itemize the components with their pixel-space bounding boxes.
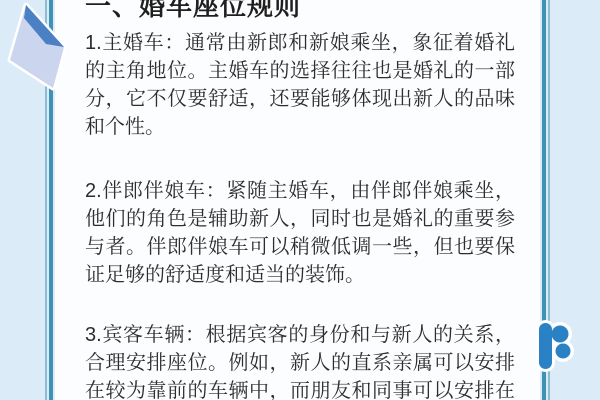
wedding-car-rules-poster: 一、婚车座位规则 1.主婚车：通常由新郎和新娘乘坐，象征着婚礼 的主角地位。主婚… — [0, 0, 600, 400]
paragraph-guest-vehicles: 3.宾客车辆：根据宾客的身份和与新人的关系， 合理安排座位。例如，新人的直系亲属… — [85, 321, 515, 400]
paragraph-main-wedding-car: 1.主婚车：通常由新郎和新娘乘坐，象征着婚礼 的主角地位。主婚车的选择往往也是婚… — [85, 29, 515, 141]
text-line: 合理安排座位。例如，新人的直系亲属可以安排 — [85, 349, 515, 377]
puzzle-icon — [534, 314, 578, 376]
text-line: 1.主婚车：通常由新郎和新娘乘坐，象征着婚礼 — [85, 29, 515, 57]
text-line: 2.伴郎伴娘车：紧随主婚车，由伴郎伴娘乘坐， — [85, 177, 515, 205]
text-line: 在较为靠前的车辆中，而朋友和同事可以安排在 — [85, 377, 515, 400]
text-line: 他们的角色是辅助新人，同时也是婚礼的重要参 — [85, 205, 515, 233]
text-line: 3.宾客车辆：根据宾客的身份和与新人的关系， — [85, 321, 515, 349]
paragraph-best-man-bridesmaid-car: 2.伴郎伴娘车：紧随主婚车，由伴郎伴娘乘坐， 他们的角色是辅助新人，同时也是婚礼… — [85, 177, 515, 289]
text-line: 证足够的舒适度和适当的装饰。 — [85, 261, 515, 289]
paper-plane-icon — [0, 0, 80, 96]
text-line: 与者。伴郎伴娘车可以稍微低调一些，但也要保 — [85, 233, 515, 261]
text-line: 和个性。 — [85, 113, 515, 141]
text-line: 分，它不仅要舒适，还要能够体现出新人的品味 — [85, 85, 515, 113]
page-title: 一、婚车座位规则 — [85, 0, 301, 23]
text-line: 的主角地位。主婚车的选择往往也是婚礼的一部 — [85, 57, 515, 85]
